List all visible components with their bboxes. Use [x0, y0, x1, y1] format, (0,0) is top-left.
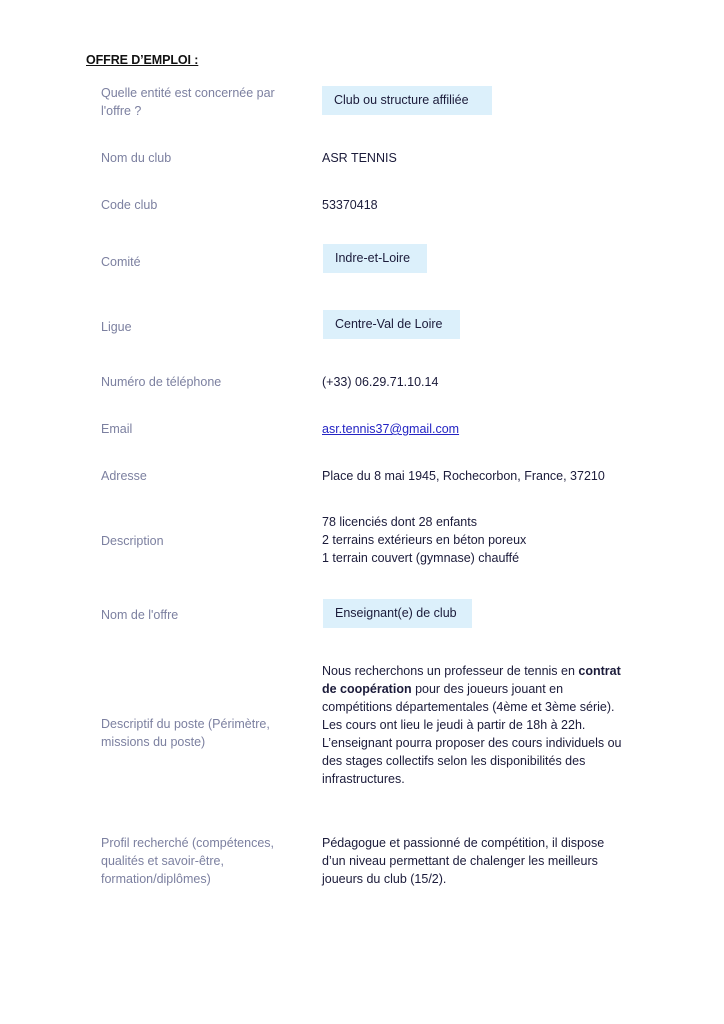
descriptif-line: Nous recherchons un professeur de tennis… — [322, 662, 622, 680]
profil-line: joueurs du club (15/2). — [322, 870, 604, 888]
comite-value-field[interactable]: Indre-et-Loire — [323, 244, 427, 273]
nom-club-value: ASR TENNIS — [322, 149, 397, 167]
telephone-value: (+33) 06.29.71.10.14 — [322, 373, 438, 391]
profil-label-line: Profil recherché (compétences, — [101, 834, 274, 852]
entite-label: Quelle entité est concernée par l'offre … — [101, 84, 275, 120]
descriptif-label-line2: missions du poste) — [101, 733, 270, 751]
description-line: 78 licenciés dont 28 enfants — [322, 513, 526, 531]
profil-label-line: formation/diplômes) — [101, 870, 274, 888]
descriptif-line2-text: pour des joueurs jouant en — [412, 682, 564, 696]
descriptif-line: infrastructures. — [322, 770, 622, 788]
descriptif-line: de coopération pour des joueurs jouant e… — [322, 680, 622, 698]
description-line: 1 terrain couvert (gymnase) chauffé — [322, 549, 526, 567]
page-title: OFFRE D’EMPLOI : — [86, 53, 198, 67]
profil-value: Pédagogue et passionné de compétition, i… — [322, 834, 604, 888]
description-line: 2 terrains extérieurs en béton poreux — [322, 531, 526, 549]
email-label: Email — [101, 420, 132, 438]
entite-label-line2: l'offre ? — [101, 102, 275, 120]
profil-line: d’un niveau permettant de chalenger les … — [322, 852, 604, 870]
descriptif-line: L’enseignant pourra proposer des cours i… — [322, 734, 622, 752]
descriptif-line2-bold: de coopération — [322, 682, 412, 696]
descriptif-line: des stages collectifs selon les disponib… — [322, 752, 622, 770]
descriptif-line: Les cours ont lieu le jeudi à partir de … — [322, 716, 622, 734]
descriptif-line: compétitions départementales (4ème et 3è… — [322, 698, 622, 716]
entite-value-field[interactable]: Club ou structure affiliée — [322, 86, 492, 115]
nom-offre-value-field[interactable]: Enseignant(e) de club — [323, 599, 472, 628]
telephone-label: Numéro de téléphone — [101, 373, 221, 391]
profil-label-line: qualités et savoir-être, — [101, 852, 274, 870]
adresse-value: Place du 8 mai 1945, Rochecorbon, France… — [322, 467, 605, 485]
email-link[interactable]: asr.tennis37@gmail.com — [322, 420, 459, 438]
code-club-label: Code club — [101, 196, 157, 214]
code-club-value: 53370418 — [322, 196, 378, 214]
profil-line: Pédagogue et passionné de compétition, i… — [322, 834, 604, 852]
ligue-label: Ligue — [101, 318, 132, 336]
profil-label: Profil recherché (compétences, qualités … — [101, 834, 274, 888]
descriptif-label: Descriptif du poste (Périmètre, missions… — [101, 715, 270, 751]
adresse-label: Adresse — [101, 467, 147, 485]
comite-label: Comité — [101, 253, 141, 271]
descriptif-line1-text: Nous recherchons un professeur de tennis… — [322, 664, 578, 678]
descriptif-label-line1: Descriptif du poste (Périmètre, — [101, 715, 270, 733]
nom-offre-label: Nom de l'offre — [101, 606, 178, 624]
ligue-value-field[interactable]: Centre-Val de Loire — [323, 310, 460, 339]
description-value: 78 licenciés dont 28 enfants 2 terrains … — [322, 513, 526, 567]
descriptif-line1-bold: contrat — [578, 664, 620, 678]
nom-club-label: Nom du club — [101, 149, 171, 167]
entite-label-line1: Quelle entité est concernée par — [101, 84, 275, 102]
description-label: Description — [101, 532, 164, 550]
descriptif-value: Nous recherchons un professeur de tennis… — [322, 662, 622, 788]
